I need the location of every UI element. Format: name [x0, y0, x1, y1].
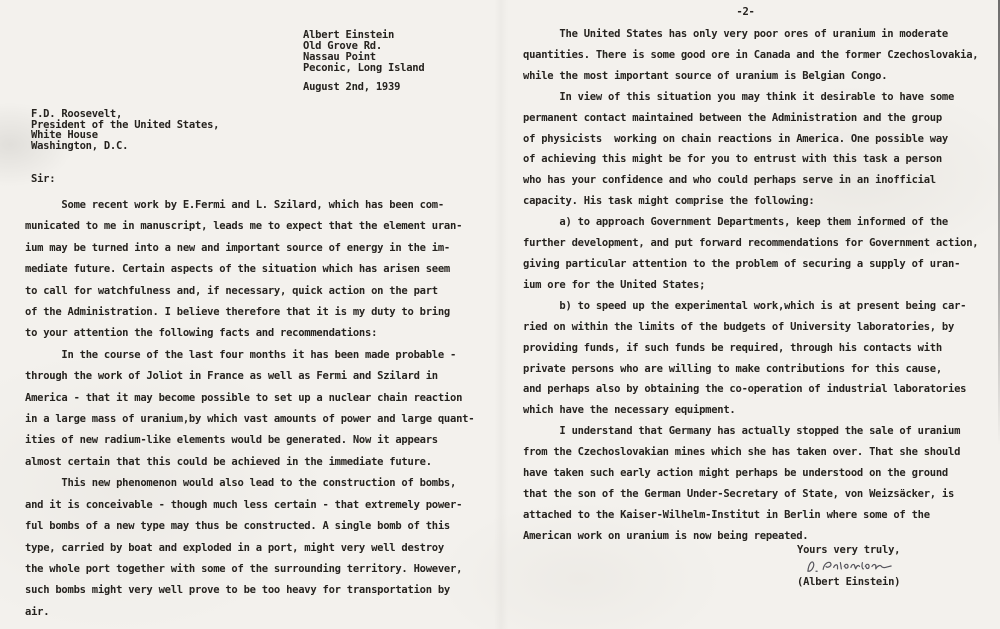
page-seam: [494, 0, 508, 629]
typed-signature-name: (Albert Einstein): [797, 576, 900, 588]
page-number: -2-: [523, 6, 968, 18]
letter-scan: Albert EinsteinOld Grove Rd.Nassau Point…: [0, 0, 1000, 629]
einstein-signature: [801, 555, 897, 577]
page2-body-text: The United States has only very poor ore…: [523, 24, 978, 547]
